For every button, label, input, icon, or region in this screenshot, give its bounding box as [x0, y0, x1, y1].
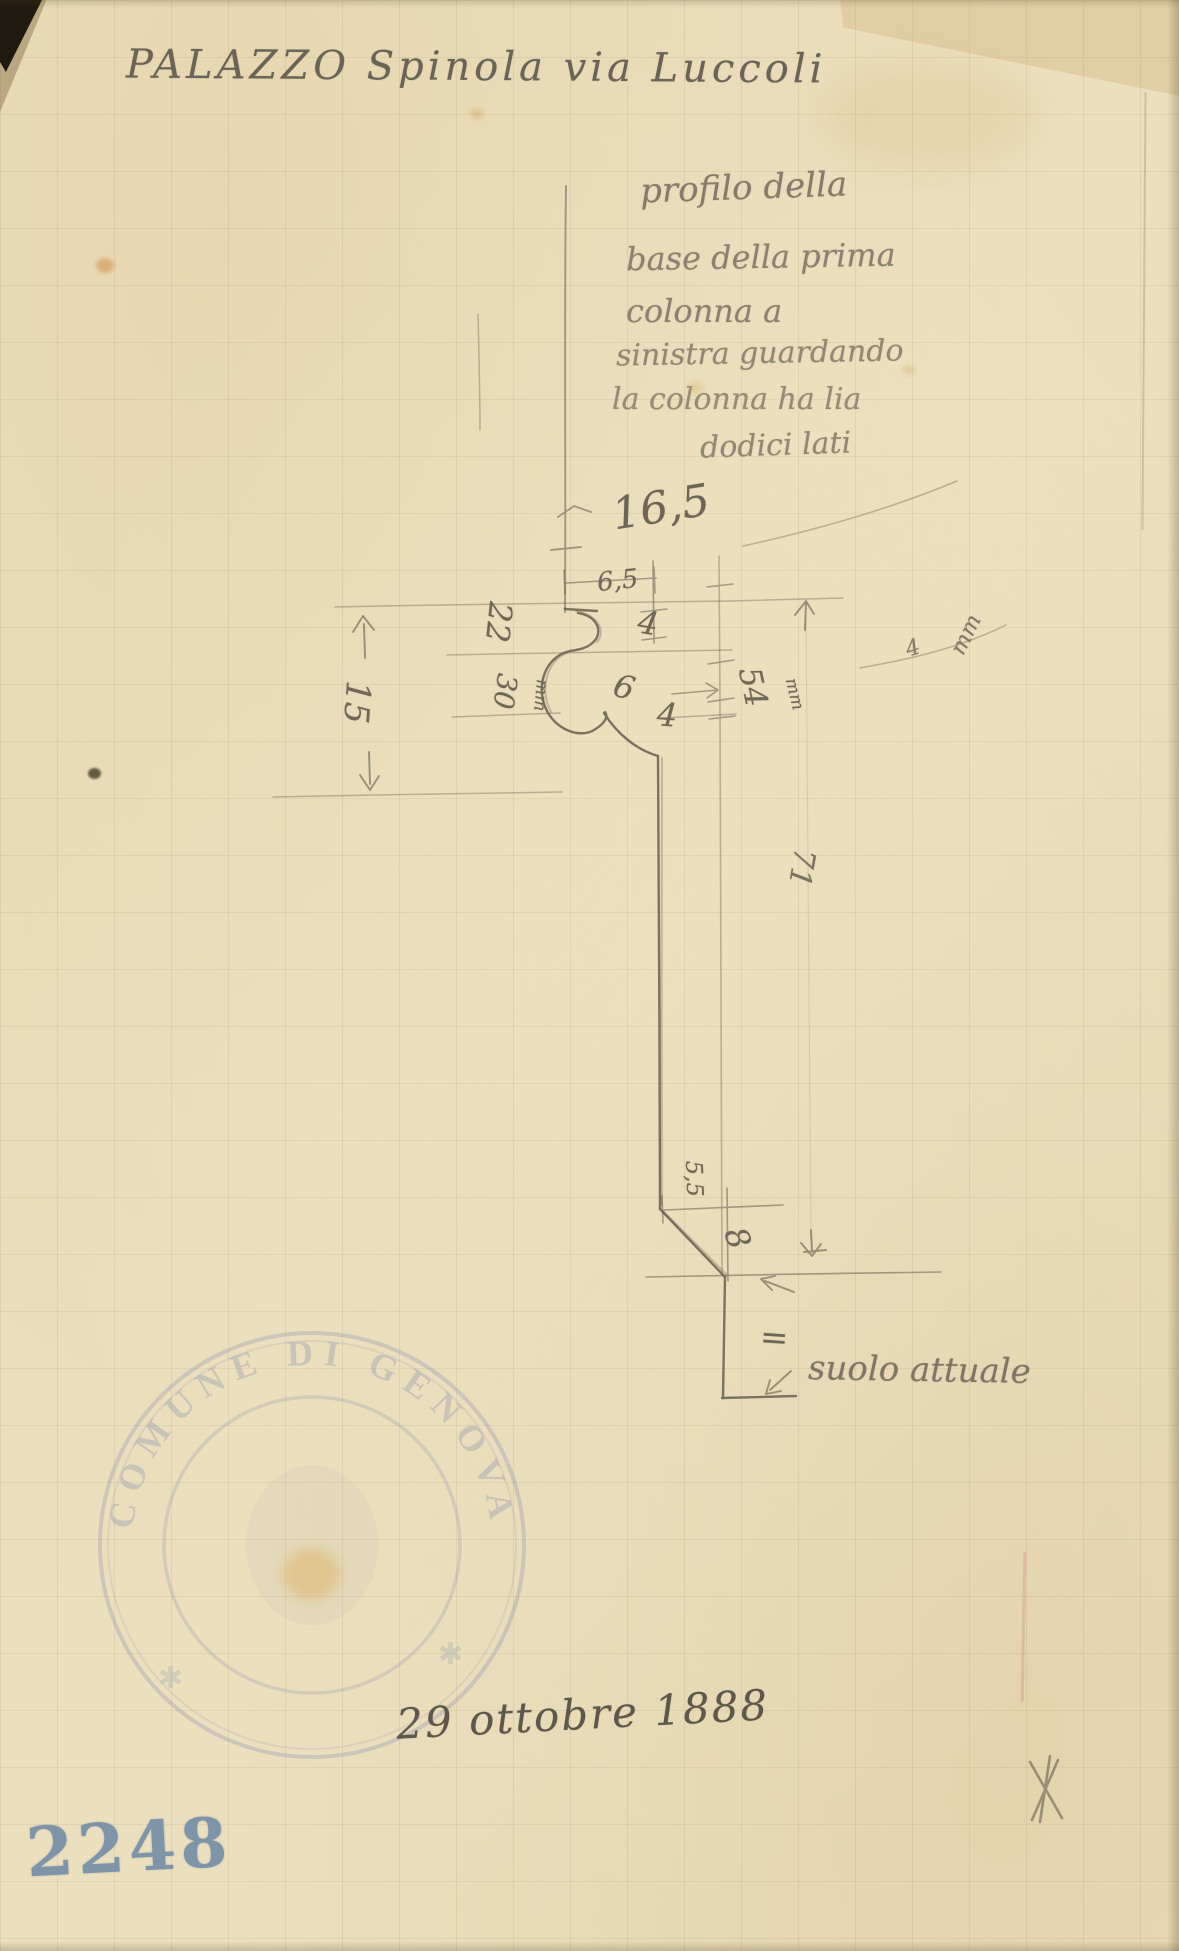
- dimension-lines: [564, 556, 941, 1281]
- dim-71: 71: [781, 846, 822, 890]
- note-line-5: la colonna ha lia: [612, 382, 861, 417]
- dim-30-unit: mm: [529, 678, 552, 712]
- height-dimension-line: [806, 618, 811, 1242]
- dim-5-5: 5,5: [680, 1160, 707, 1197]
- page-title: PALAZZO Spinola via Luccoli: [126, 42, 827, 93]
- note-line-3: colonna a: [626, 292, 782, 330]
- pencil-sketch: [0, 0, 1179, 1951]
- note-line-4: sinistra guardando: [616, 333, 904, 373]
- ground-label: suolo attuale: [808, 1348, 1031, 1392]
- equals-mark: =: [759, 1317, 790, 1359]
- sketch-sheet: COMUNE DI GENOVA ✱ ✱: [0, 0, 1179, 1951]
- archive-number: 2248: [24, 1803, 233, 1894]
- note-line-6: dodici lati: [699, 425, 851, 465]
- note-line-2: base della prima: [626, 236, 896, 279]
- dim-30: 30: [486, 671, 524, 711]
- pencil-x-mark: [1030, 1756, 1062, 1822]
- note-line-1: profilo della: [639, 164, 848, 211]
- column-axis-line: [551, 186, 591, 612]
- dim-22: 22: [478, 600, 520, 644]
- dim-4-bottom: 4: [656, 695, 679, 734]
- dim-15: 15: [335, 679, 378, 725]
- dim-6-5: 6,5: [596, 564, 640, 598]
